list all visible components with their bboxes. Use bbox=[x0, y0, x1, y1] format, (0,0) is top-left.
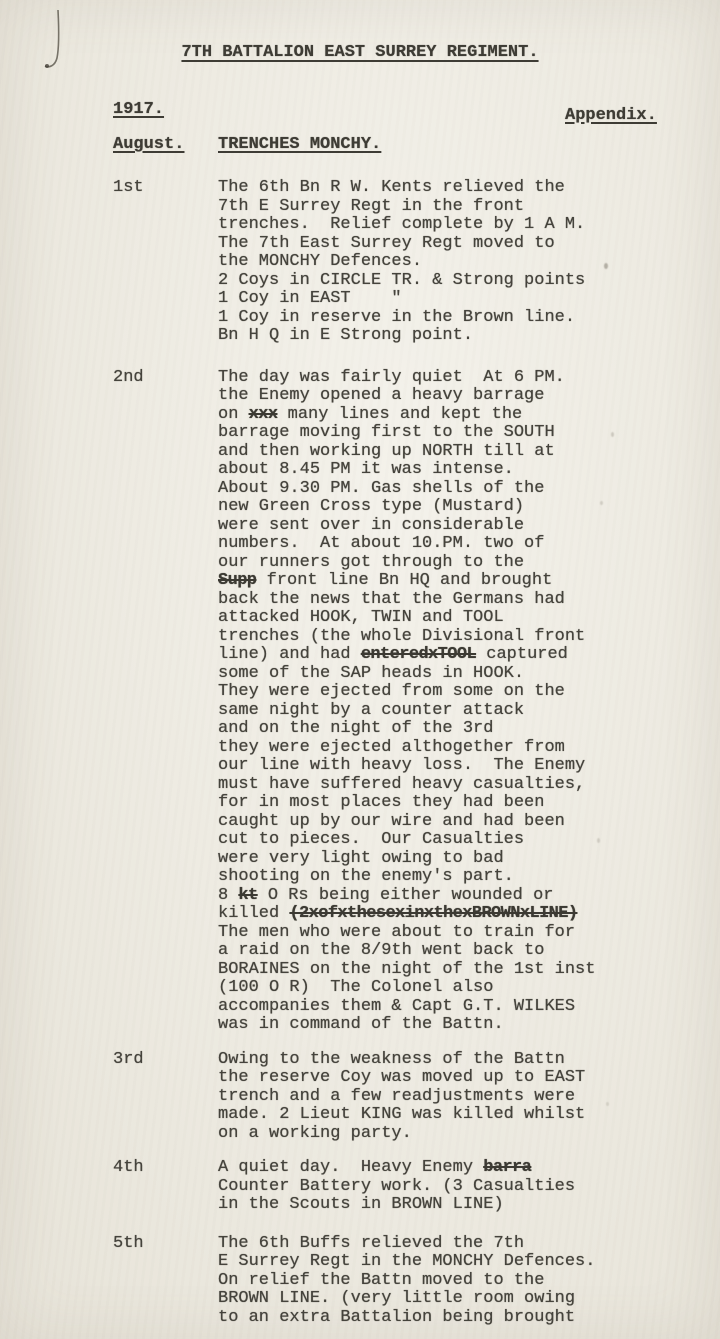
text-segment: 2 Coys in CIRCLE TR. & Strong points bbox=[218, 271, 585, 290]
text-segment: the MONCHY Defences. bbox=[218, 252, 422, 271]
entry-line: 7th E Surrey Regt in the front bbox=[218, 198, 705, 217]
section-heading: TRENCHES MONCHY. bbox=[218, 136, 381, 155]
paper-speck bbox=[600, 501, 603, 505]
entry-line: The men who were about to train for bbox=[218, 924, 705, 943]
struck-text: (2xofxthesexinxthexBROWNxLINE) bbox=[289, 904, 577, 923]
entry-date: 2nd bbox=[113, 369, 218, 1035]
entry-text: A quiet day. Heavy Enemy barraCounter Ba… bbox=[218, 1159, 705, 1215]
entry-line: (100 O R) The Colonel also bbox=[218, 979, 705, 998]
entry-line: Supp front line Bn HQ and brought bbox=[218, 572, 705, 591]
text-segment: On relief the Battn moved to the bbox=[218, 1271, 544, 1290]
text-segment: The 6th Buffs relieved the 7th bbox=[218, 1234, 524, 1253]
document-page: 7TH BATTALION EAST SURREY REGIMENT. 1917… bbox=[0, 0, 720, 1339]
month-row: August. TRENCHES MONCHY. bbox=[113, 136, 184, 155]
entry-line: accompanies them & Capt G.T. WILKES bbox=[218, 998, 705, 1017]
entry-line: Counter Battery work. (3 Casualties bbox=[218, 1178, 705, 1197]
text-segment: must have suffered heavy casualties, bbox=[218, 775, 585, 794]
text-segment: A quiet day. Heavy Enemy bbox=[218, 1158, 483, 1177]
entry-text: The 6th Bn R W. Kents relieved the7th E … bbox=[218, 179, 705, 346]
diary-entry-4th: 4thA quiet day. Heavy Enemy barraCounter… bbox=[113, 1159, 705, 1215]
entry-text: Owing to the weakness of the Battnthe re… bbox=[218, 1051, 705, 1144]
entry-line: BROWN LINE. (very little room owing bbox=[218, 1290, 705, 1309]
entry-line: our line with heavy loss. The Enemy bbox=[218, 757, 705, 776]
entry-line: The 6th Buffs relieved the 7th bbox=[218, 1235, 705, 1254]
entry-line: must have suffered heavy casualties, bbox=[218, 776, 705, 795]
entry-line: and then working up NORTH till at bbox=[218, 443, 705, 462]
text-segment: were sent over in considerable bbox=[218, 516, 524, 535]
text-segment: were very light owing to bad bbox=[218, 849, 504, 868]
page-title: 7TH BATTALION EAST SURREY REGIMENT. bbox=[0, 44, 720, 63]
entry-line: about 8.45 PM it was intense. bbox=[218, 461, 705, 480]
diary-entry-1st: 1stThe 6th Bn R W. Kents relieved the7th… bbox=[113, 179, 705, 346]
text-segment: caught up by our wire and had been bbox=[218, 812, 565, 831]
entry-line: They were ejected from some on the bbox=[218, 683, 705, 702]
text-segment: and on the night of the 3rd bbox=[218, 719, 493, 738]
text-segment: O Rs being either wounded or bbox=[258, 886, 554, 905]
text-segment: about 8.45 PM it was intense. bbox=[218, 460, 514, 479]
entry-line: was in command of the Battn. bbox=[218, 1016, 705, 1035]
entry-line: a raid on the 8/9th went back to bbox=[218, 942, 705, 961]
text-segment: barrage moving first to the SOUTH bbox=[218, 423, 555, 442]
month-label: August. bbox=[113, 135, 184, 154]
struck-text: kt bbox=[238, 886, 257, 905]
entry-line: they were ejected althogether from bbox=[218, 739, 705, 758]
diary-entry-2nd: 2ndThe day was fairly quiet At 6 PM.the … bbox=[113, 369, 705, 1035]
text-segment: trenches (the whole Divisional front bbox=[218, 627, 585, 646]
text-segment: The 6th Bn R W. Kents relieved the bbox=[218, 178, 565, 197]
entry-line: barrage moving first to the SOUTH bbox=[218, 424, 705, 443]
text-segment: shooting on the enemy's part. bbox=[218, 867, 514, 886]
text-segment: attacked HOOK, TWIN and TOOL bbox=[218, 608, 504, 627]
text-segment: accompanies them & Capt G.T. WILKES bbox=[218, 997, 575, 1016]
entry-text: The 6th Buffs relieved the 7thE Surrey R… bbox=[218, 1235, 705, 1328]
entries: 1stThe 6th Bn R W. Kents relieved the7th… bbox=[113, 179, 705, 1327]
entry-line: attacked HOOK, TWIN and TOOL bbox=[218, 609, 705, 628]
entry-date: 1st bbox=[113, 179, 218, 346]
text-segment: some of the SAP heads in HOOK. bbox=[218, 664, 524, 683]
entry-line: About 9.30 PM. Gas shells of the bbox=[218, 480, 705, 499]
diary-entry-5th: 5thThe 6th Buffs relieved the 7thE Surre… bbox=[113, 1235, 705, 1328]
entry-line: On relief the Battn moved to the bbox=[218, 1272, 705, 1291]
entry-line: numbers. At about 10.PM. two of bbox=[218, 535, 705, 554]
entry-line: trench and a few readjustments were bbox=[218, 1088, 705, 1107]
text-segment: Owing to the weakness of the Battn bbox=[218, 1050, 565, 1069]
text-segment: Bn H Q in E Strong point. bbox=[218, 326, 473, 345]
entry-line: 1 Coy in reserve in the Brown line. bbox=[218, 309, 705, 328]
entry-date: 4th bbox=[113, 1159, 218, 1215]
text-segment: for in most places they had been bbox=[218, 793, 544, 812]
entry-line: cut to pieces. Our Casualties bbox=[218, 831, 705, 850]
entry-line: Bn H Q in E Strong point. bbox=[218, 327, 705, 346]
text-segment: on a working party. bbox=[218, 1124, 412, 1143]
entry-line: A quiet day. Heavy Enemy barra bbox=[218, 1159, 705, 1178]
entry-line: new Green Cross type (Mustard) bbox=[218, 498, 705, 517]
text-segment: back the news that the Germans had bbox=[218, 590, 565, 609]
text-segment: was in command of the Battn. bbox=[218, 1015, 504, 1034]
text-segment: 8 bbox=[218, 886, 238, 905]
text-segment: 7th E Surrey Regt in the front bbox=[218, 197, 524, 216]
entry-line: were sent over in considerable bbox=[218, 517, 705, 536]
text-segment: 1 Coy in EAST " bbox=[218, 289, 402, 308]
text-segment: the Enemy opened a heavy barrage bbox=[218, 386, 544, 405]
entry-line: 8 kt O Rs being either wounded or bbox=[218, 887, 705, 906]
entry-line: back the news that the Germans had bbox=[218, 591, 705, 610]
entry-line: were very light owing to bad bbox=[218, 850, 705, 869]
text-segment: The men who were about to train for bbox=[218, 923, 575, 942]
entry-line: the reserve Coy was moved up to EAST bbox=[218, 1069, 705, 1088]
entry-date: 3rd bbox=[113, 1051, 218, 1144]
entry-line: for in most places they had been bbox=[218, 794, 705, 813]
entry-line: BORAINES on the night of the 1st inst bbox=[218, 961, 705, 980]
entry-line: E Surrey Regt in the MONCHY Defences. bbox=[218, 1253, 705, 1272]
text-segment: The day was fairly quiet At 6 PM. bbox=[218, 368, 565, 387]
entry-line: the Enemy opened a heavy barrage bbox=[218, 387, 705, 406]
entry-line: The day was fairly quiet At 6 PM. bbox=[218, 369, 705, 388]
text-segment: trench and a few readjustments were bbox=[218, 1087, 575, 1106]
text-segment: trenches. Relief complete by 1 A M. bbox=[218, 215, 585, 234]
text-segment: and then working up NORTH till at bbox=[218, 442, 555, 461]
text-segment: They were ejected from some on the bbox=[218, 682, 565, 701]
paper-speck bbox=[604, 263, 608, 269]
entry-line: 1 Coy in EAST " bbox=[218, 290, 705, 309]
entry-text: The day was fairly quiet At 6 PM.the Ene… bbox=[218, 369, 705, 1035]
entry-line: caught up by our wire and had been bbox=[218, 813, 705, 832]
entry-line: our runners got through to the bbox=[218, 554, 705, 573]
struck-text: barra bbox=[483, 1158, 531, 1177]
text-segment: (100 O R) The Colonel also bbox=[218, 978, 493, 997]
text-segment: our runners got through to the bbox=[218, 553, 524, 572]
struck-text: xxx bbox=[249, 405, 278, 424]
text-segment: in the Scouts in BROWN LINE) bbox=[218, 1195, 504, 1214]
entry-line: on xxx many lines and kept the bbox=[218, 406, 705, 425]
text-segment: 1 Coy in reserve in the Brown line. bbox=[218, 308, 575, 327]
paper-speck bbox=[597, 838, 600, 843]
text-segment: made. 2 Lieut KING was killed whilst bbox=[218, 1105, 585, 1124]
text-segment: front line Bn HQ and brought bbox=[256, 571, 552, 590]
text-segment: to an extra Battalion being brought bbox=[218, 1308, 575, 1327]
text-segment: BORAINES on the night of the 1st inst bbox=[218, 960, 595, 979]
entry-date: 5th bbox=[113, 1235, 218, 1328]
entry-line: in the Scouts in BROWN LINE) bbox=[218, 1196, 705, 1215]
text-segment: The 7th East Surrey Regt moved to bbox=[218, 234, 555, 253]
entry-line: on a working party. bbox=[218, 1125, 705, 1144]
text-segment: same night by a counter attack bbox=[218, 701, 524, 720]
appendix-label: Appendix. bbox=[565, 107, 657, 126]
entry-line: the MONCHY Defences. bbox=[218, 253, 705, 272]
struck-text: enteredxTOOL bbox=[361, 645, 476, 664]
scan-artifact-mark bbox=[44, 8, 70, 74]
struck-text: Supp bbox=[218, 571, 256, 590]
text-segment: E Surrey Regt in the MONCHY Defences. bbox=[218, 1252, 595, 1271]
text-segment: on bbox=[218, 405, 249, 424]
paper-speck bbox=[606, 1102, 609, 1106]
entry-line: The 7th East Surrey Regt moved to bbox=[218, 235, 705, 254]
text-segment: line) and had bbox=[218, 645, 361, 664]
entry-line: killed (2xofxthesexinxthexBROWNxLINE) bbox=[218, 905, 705, 924]
entry-line: trenches (the whole Divisional front bbox=[218, 628, 705, 647]
text-segment: About 9.30 PM. Gas shells of the bbox=[218, 479, 544, 498]
year-label: 1917. bbox=[113, 101, 164, 120]
entry-line: and on the night of the 3rd bbox=[218, 720, 705, 739]
entry-line: made. 2 Lieut KING was killed whilst bbox=[218, 1106, 705, 1125]
text-segment: many lines and kept the bbox=[277, 405, 522, 424]
text-segment: the reserve Coy was moved up to EAST bbox=[218, 1068, 585, 1087]
entry-line: trenches. Relief complete by 1 A M. bbox=[218, 216, 705, 235]
text-segment: they were ejected althogether from bbox=[218, 738, 565, 757]
text-segment: new Green Cross type (Mustard) bbox=[218, 497, 524, 516]
text-segment: our line with heavy loss. The Enemy bbox=[218, 756, 585, 775]
entry-line: line) and had enteredxTOOL captured bbox=[218, 646, 705, 665]
entry-line: shooting on the enemy's part. bbox=[218, 868, 705, 887]
entry-line: Owing to the weakness of the Battn bbox=[218, 1051, 705, 1070]
text-segment: captured bbox=[476, 645, 568, 664]
entry-line: to an extra Battalion being brought bbox=[218, 1309, 705, 1328]
paper-speck bbox=[611, 432, 614, 437]
text-segment: Counter Battery work. (3 Casualties bbox=[218, 1177, 575, 1196]
entry-line: 2 Coys in CIRCLE TR. & Strong points bbox=[218, 272, 705, 291]
text-segment: a raid on the 8/9th went back to bbox=[218, 941, 544, 960]
text-segment: killed bbox=[218, 904, 289, 923]
entry-line: some of the SAP heads in HOOK. bbox=[218, 665, 705, 684]
entry-line: The 6th Bn R W. Kents relieved the bbox=[218, 179, 705, 198]
text-segment: BROWN LINE. (very little room owing bbox=[218, 1289, 575, 1308]
text-segment: cut to pieces. Our Casualties bbox=[218, 830, 524, 849]
text-segment: numbers. At about 10.PM. two of bbox=[218, 534, 544, 553]
entry-line: same night by a counter attack bbox=[218, 702, 705, 721]
diary-entry-3rd: 3rdOwing to the weakness of the Battnthe… bbox=[113, 1051, 705, 1144]
